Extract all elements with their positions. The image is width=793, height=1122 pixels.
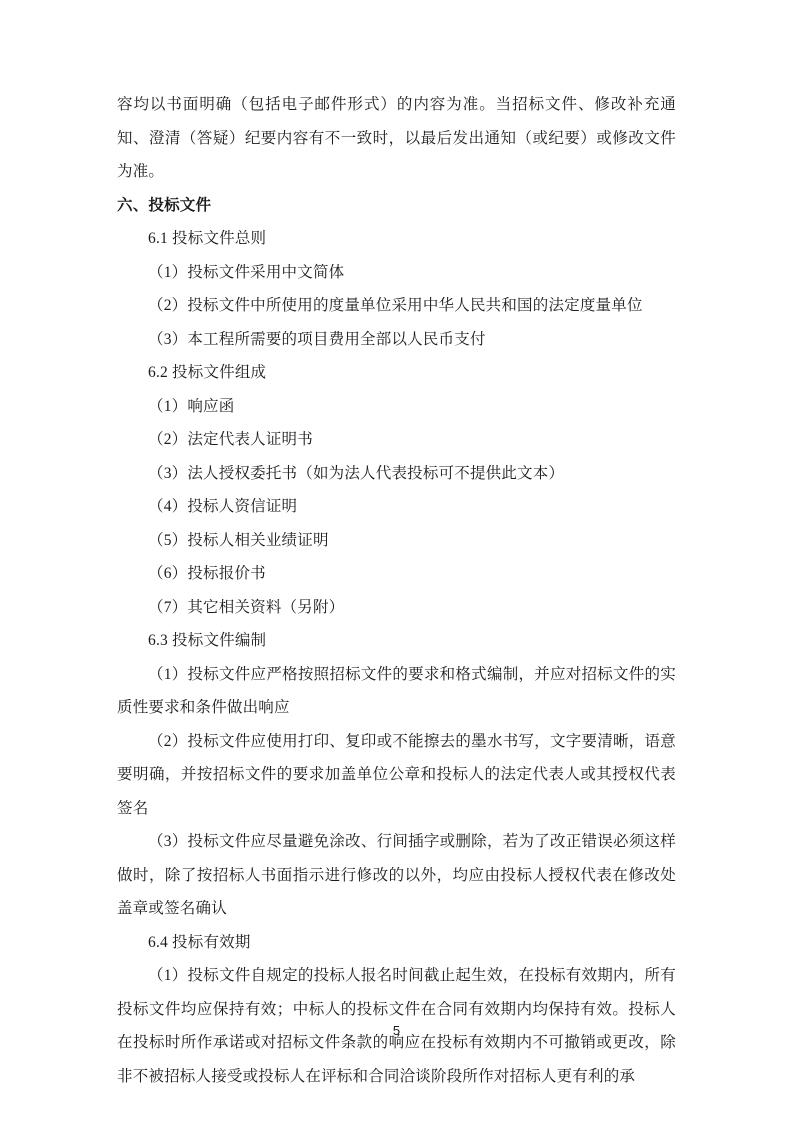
paragraph: （7）其它相关资料（另附） <box>117 591 676 625</box>
paragraph: （2）投标文件应使用打印、复印或不能擦去的墨水书写，文字要清晰，语意要明确，并按… <box>117 725 676 826</box>
paragraph: （3）本工程所需要的项目费用全部以人民币支付 <box>117 323 676 357</box>
paragraph: 6.4 投标有效期 <box>117 926 676 960</box>
paragraph: 6.1 投标文件总则 <box>117 222 676 256</box>
paragraph: 6.2 投标文件组成 <box>117 356 676 390</box>
paragraph: （6）投标报价书 <box>117 557 676 591</box>
paragraph: （3）投标文件应尽量避免涂改、行间插字或删除，若为了改正错误必须这样做时，除了按… <box>117 825 676 926</box>
section-heading: 六、投标文件 <box>117 189 676 223</box>
paragraph: （4）投标人资信证明 <box>117 490 676 524</box>
paragraph: （5）投标人相关业绩证明 <box>117 524 676 558</box>
paragraph: 6.3 投标文件编制 <box>117 624 676 658</box>
paragraph: （2）法定代表人证明书 <box>117 423 676 457</box>
paragraph: （1）投标文件采用中文简体 <box>117 256 676 290</box>
paragraph: （1）投标文件应严格按照招标文件的要求和格式编制，并应对招标文件的实质性要求和条… <box>117 658 676 725</box>
document-body: 容均以书面明确（包括电子邮件形式）的内容为准。当招标文件、修改补充通知、澄清（答… <box>117 88 676 1093</box>
paragraph: （1）响应函 <box>117 390 676 424</box>
paragraph: （3）法人授权委托书（如为法人代表投标可不提供此文本） <box>117 457 676 491</box>
page-number: 5 <box>0 1022 793 1040</box>
paragraph: （2）投标文件中所使用的度量单位采用中华人民共和国的法定度量单位 <box>117 289 676 323</box>
paragraph: 容均以书面明确（包括电子邮件形式）的内容为准。当招标文件、修改补充通知、澄清（答… <box>117 88 676 189</box>
document-page: 容均以书面明确（包括电子邮件形式）的内容为准。当招标文件、修改补充通知、澄清（答… <box>0 0 793 1122</box>
